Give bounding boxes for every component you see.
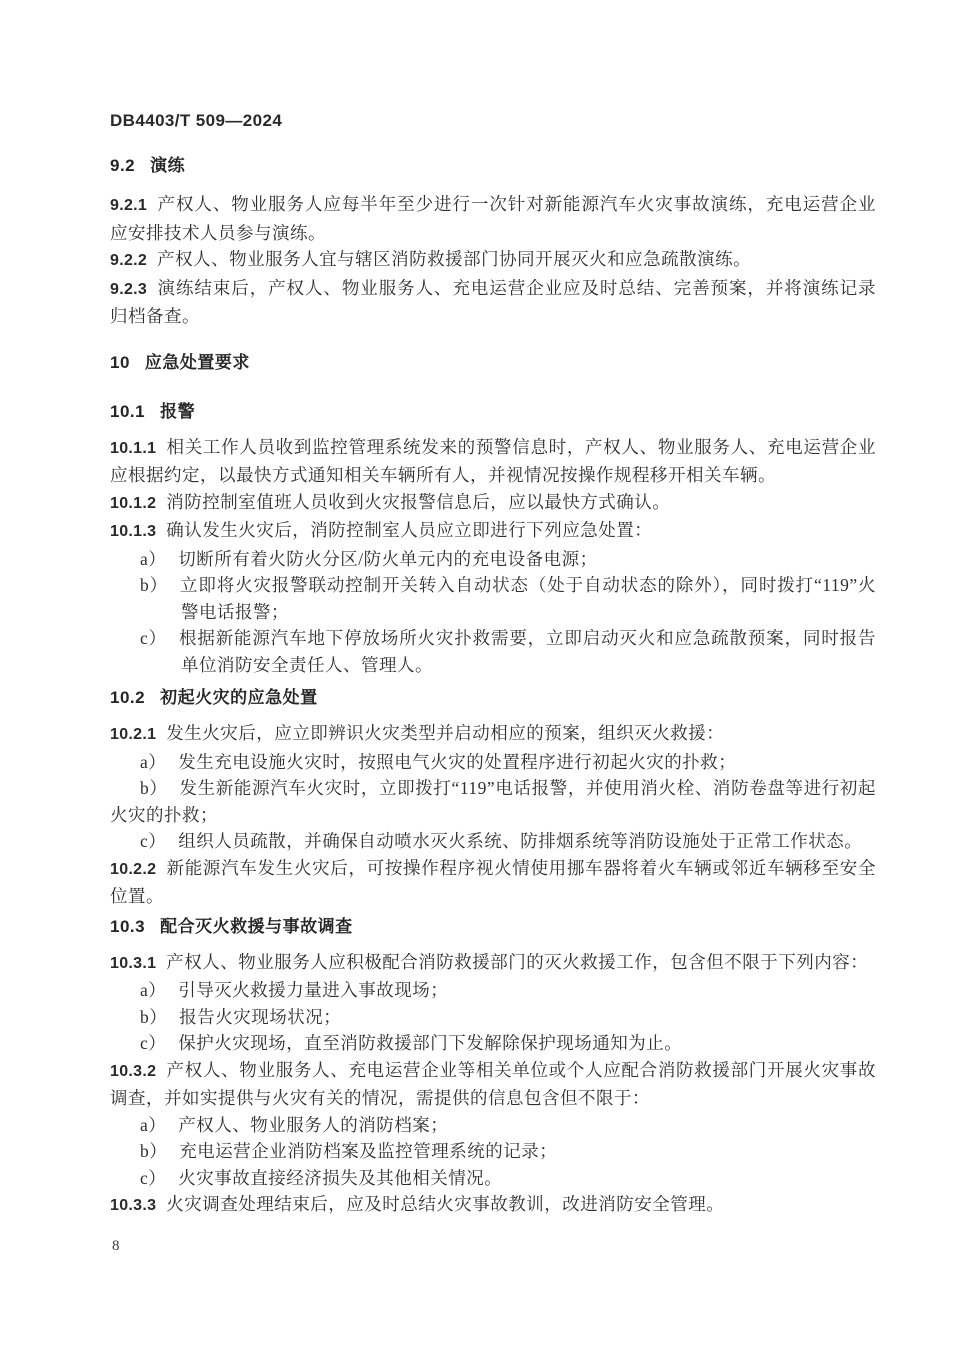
- list-marker: b）: [140, 1007, 167, 1027]
- clause-10-2-2: 10.2.2新能源汽车发生火灾后，可按操作程序视火情使用挪车器将着火车辆或邻近车…: [110, 855, 876, 910]
- clause-text: 产权人、物业服务人应积极配合消防救援部门的灭火救援工作，包含但不限于下列内容：: [166, 952, 868, 972]
- list-text: 组织人员疏散，并确保自动喷水灭火系统、防排烟系统等消防设施处于正常工作状态。: [178, 831, 862, 851]
- document-code: DB4403/T 509—2024: [110, 111, 876, 131]
- section-number: 10.1: [110, 402, 145, 421]
- clause-text: 发生火灾后，应立即辨识火灾类型并启动相应的预案，组织灭火救援：: [166, 723, 724, 743]
- list-item-10-3-2-a: a）产权人、物业服务人的消防档案；: [110, 1112, 876, 1139]
- clause-number: 9.2.1: [110, 197, 147, 214]
- list-text: 引导灭火救援力量进入事故现场；: [178, 980, 448, 1000]
- list-text: 产权人、物业服务人的消防档案；: [178, 1115, 448, 1135]
- clause-9-2-3: 9.2.3演练结束后，产权人、物业服务人、充电运营企业应及时总结、完善预案，并将…: [110, 275, 876, 330]
- clause-10-3-1: 10.3.1产权人、物业服务人应积极配合消防救援部门的灭火救援工作，包含但不限于…: [110, 949, 876, 978]
- clause-text: 产权人、物业服务人、充电运营企业等相关单位或个人应配合消防救援部门开展火灾事故调…: [110, 1060, 876, 1109]
- list-marker: c）: [140, 1168, 166, 1188]
- list-marker: b）: [140, 1141, 167, 1161]
- clause-text: 产权人、物业服务人宜与辖区消防救援部门协同开展灭火和应急疏散演练。: [157, 249, 751, 269]
- list-text: 充电运营企业消防档案及监控管理系统的记录；: [179, 1141, 557, 1161]
- list-item-10-3-2-c: c）火灾事故直接经济损失及其他相关情况。: [110, 1165, 876, 1192]
- list-item-10-2-1-a: a）发生充电设施火灾时，按照电气火灾的处置程序进行初起火灾的扑救；: [110, 749, 876, 776]
- clause-text: 产权人、物业服务人应每半年至少进行一次针对新能源汽车火灾事故演练，充电运营企业应…: [110, 194, 876, 243]
- clause-number: 10.1.1: [110, 440, 156, 457]
- list-item-10-3-1-c: c）保护火灾现场，直至消防救援部门下发解除保护现场通知为止。: [110, 1030, 876, 1057]
- list-item-10-2-1-c: c）组织人员疏散，并确保自动喷水灭火系统、防排烟系统等消防设施处于正常工作状态。: [110, 828, 876, 855]
- section-number: 10.3: [110, 917, 145, 936]
- section-number: 10: [110, 353, 130, 372]
- section-title: 配合灭火救援与事故调查: [160, 917, 353, 936]
- list-marker: b）: [140, 778, 168, 798]
- list-item-10-1-3-b: b）立即将火灾报警联动控制开关转入自动状态（处于自动状态的除外），同时拨打“11…: [110, 572, 876, 625]
- list-marker: a）: [140, 549, 166, 569]
- list-marker: a）: [140, 980, 166, 1000]
- clause-10-2-1: 10.2.1发生火灾后，应立即辨识火灾类型并启动相应的预案，组织灭火救援：: [110, 720, 876, 749]
- list-text: 保护火灾现场，直至消防救援部门下发解除保护现场通知为止。: [178, 1033, 682, 1053]
- section-heading-10-2: 10.2初起火灾的应急处置: [110, 687, 876, 709]
- clause-text: 演练结束后，产权人、物业服务人、充电运营企业应及时总结、完善预案，并将演练记录归…: [110, 278, 876, 327]
- list-item-10-1-3-c: c）根据新能源汽车地下停放场所火灾扑救需要，立即启动灭火和应急疏散预案，同时报告…: [110, 625, 876, 678]
- list-marker: c）: [140, 1033, 166, 1053]
- section-title: 演练: [150, 156, 185, 175]
- clause-number: 9.2.2: [110, 252, 147, 269]
- page-number: 8: [112, 1238, 120, 1255]
- clause-10-1-2: 10.1.2消防控制室值班人员收到火灾报警信息后，应以最快方式确认。: [110, 489, 876, 518]
- clause-9-2-2: 9.2.2产权人、物业服务人宜与辖区消防救援部门协同开展灭火和应急疏散演练。: [110, 246, 876, 275]
- list-item-10-2-1-b: b）发生新能源汽车火灾时，立即拨打“119”电话报警，并使用消火栓、消防卷盘等进…: [110, 775, 876, 828]
- clause-number: 10.3.3: [110, 1197, 156, 1214]
- list-item-10-1-3-a: a）切断所有着火防火分区/防火单元内的充电设备电源；: [110, 546, 876, 573]
- list-text: 发生新能源汽车火灾时，立即拨打“119”电话报警，并使用消火栓、消防卷盘等进行初…: [110, 778, 876, 825]
- section-title: 应急处置要求: [145, 353, 250, 372]
- clause-text: 新能源汽车发生火灾后，可按操作程序视火情使用挪车器将着火车辆或邻近车辆移至安全位…: [110, 858, 876, 907]
- section-title: 初起火灾的应急处置: [160, 688, 318, 707]
- list-text: 根据新能源汽车地下停放场所火灾扑救需要，立即启动灭火和应急疏散预案，同时报告单位…: [179, 628, 876, 675]
- clause-number: 10.2.1: [110, 726, 156, 743]
- list-text: 发生充电设施火灾时，按照电气火灾的处置程序进行初起火灾的扑救；: [178, 752, 736, 772]
- list-text: 切断所有着火防火分区/防火单元内的充电设备电源；: [178, 549, 597, 569]
- section-title: 报警: [160, 402, 195, 421]
- clause-10-3-3: 10.3.3火灾调查处理结束后，应及时总结火灾事故教训，改进消防安全管理。: [110, 1191, 876, 1220]
- section-heading-10: 10应急处置要求: [110, 352, 876, 374]
- clause-number: 10.3.1: [110, 955, 156, 972]
- list-item-10-3-1-b: b）报告火灾现场状况；: [110, 1004, 876, 1031]
- clause-10-3-2: 10.3.2产权人、物业服务人、充电运营企业等相关单位或个人应配合消防救援部门开…: [110, 1057, 876, 1112]
- section-heading-9-2: 9.2演练: [110, 155, 876, 177]
- list-marker: c）: [140, 831, 166, 851]
- clause-number: 10.2.2: [110, 861, 156, 878]
- list-text: 火灾事故直接经济损失及其他相关情况。: [178, 1168, 502, 1188]
- clause-text: 相关工作人员收到监控管理系统发来的预警信息时，产权人、物业服务人、充电运营企业应…: [110, 437, 876, 486]
- document-page: DB4403/T 509—2024 9.2演练 9.2.1产权人、物业服务人应每…: [0, 0, 960, 1357]
- list-text: 立即将火灾报警联动控制开关转入自动状态（处于自动状态的除外），同时拨打“119”…: [180, 575, 876, 622]
- list-marker: c）: [140, 628, 167, 648]
- section-number: 9.2: [110, 156, 135, 175]
- list-marker: b）: [140, 575, 168, 595]
- list-marker: a）: [140, 752, 166, 772]
- section-number: 10.2: [110, 688, 145, 707]
- clause-10-1-1: 10.1.1相关工作人员收到监控管理系统发来的预警信息时，产权人、物业服务人、充…: [110, 434, 876, 489]
- clause-number: 10.1.3: [110, 523, 156, 540]
- clause-text: 消防控制室值班人员收到火灾报警信息后，应以最快方式确认。: [166, 492, 670, 512]
- clause-9-2-1: 9.2.1产权人、物业服务人应每半年至少进行一次针对新能源汽车火灾事故演练，充电…: [110, 191, 876, 246]
- list-item-10-3-2-b: b）充电运营企业消防档案及监控管理系统的记录；: [110, 1138, 876, 1165]
- list-text: 报告火灾现场状况；: [179, 1007, 341, 1027]
- list-item-10-3-1-a: a）引导灭火救援力量进入事故现场；: [110, 977, 876, 1004]
- clause-number: 10.1.2: [110, 495, 156, 512]
- clause-number: 10.3.2: [110, 1063, 156, 1080]
- section-heading-10-3: 10.3配合灭火救援与事故调查: [110, 916, 876, 938]
- clause-text: 确认发生火灾后，消防控制室人员应立即进行下列应急处置：: [166, 520, 652, 540]
- clause-10-1-3: 10.1.3确认发生火灾后，消防控制室人员应立即进行下列应急处置：: [110, 517, 876, 546]
- list-marker: a）: [140, 1115, 166, 1135]
- section-heading-10-1: 10.1报警: [110, 401, 876, 423]
- clause-text: 火灾调查处理结束后，应及时总结火灾事故教训，改进消防安全管理。: [166, 1194, 724, 1214]
- clause-number: 9.2.3: [110, 281, 147, 298]
